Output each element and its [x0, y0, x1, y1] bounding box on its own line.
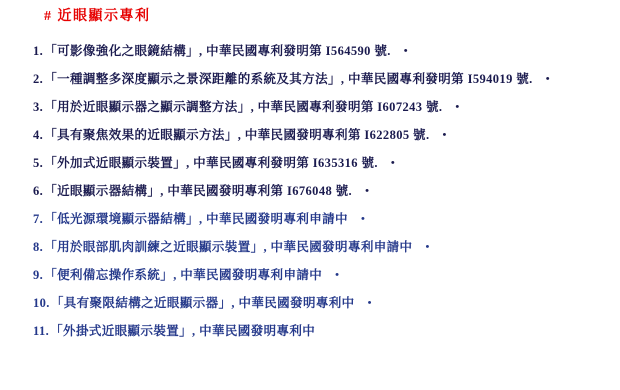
item-text: 「外加式近眼顯示裝置」, 中華民國專利發明第 I635316 號.: [44, 156, 378, 170]
item-text: 「可影像強化之眼鏡結構」, 中華民國專利發明第 I564590 號.: [44, 44, 391, 58]
document-page: # 近眼顯示專利 1.「可影像強化之眼鏡結構」, 中華民國專利發明第 I5645…: [0, 0, 620, 390]
patent-list-item: 9.「便利備忘操作系統」, 中華民國發明專利申請中•: [33, 261, 612, 289]
item-bullet: •: [365, 185, 369, 197]
item-text: 「近眼顯示器結構」, 中華民國發明專利第 I676048 號.: [44, 184, 352, 198]
item-bullet: •: [455, 101, 459, 113]
patent-list-item: 2.「一種調整多深度顯示之景深距離的系統及其方法」, 中華民國專利發明第 I59…: [33, 65, 612, 93]
patent-list-item: 11.「外掛式近眼顯示裝置」, 中華民國發明專利中: [33, 317, 612, 345]
item-number: 8.: [33, 240, 43, 254]
item-bullet: •: [425, 241, 429, 253]
patent-list-item: 7.「低光源環境顯示器結構」, 中華民國發明專利申請中•: [33, 205, 612, 233]
item-number: 9.: [33, 268, 43, 282]
item-text: 「用於眼部肌肉訓練之近眼顯示裝置」, 中華民國發明專利申請中: [44, 240, 412, 254]
patent-list-item: 6.「近眼顯示器結構」, 中華民國發明專利第 I676048 號.•: [33, 177, 612, 205]
item-text: 「外掛式近眼顯示裝置」, 中華民國發明專利中: [50, 324, 315, 338]
item-number: 4.: [33, 128, 43, 142]
item-number: 7.: [33, 212, 43, 226]
item-bullet: •: [368, 297, 372, 309]
item-bullet: •: [442, 129, 446, 141]
patent-list-item: 10.「具有聚限結構之近眼顯示器」, 中華民國發明專利中•: [33, 289, 612, 317]
item-bullet: •: [391, 157, 395, 169]
item-bullet: •: [404, 45, 408, 57]
item-text: 「用於近眼顯示器之顯示調整方法」, 中華民國專利發明第 I607243 號.: [44, 100, 442, 114]
page-title: # 近眼顯示專利: [44, 5, 151, 25]
item-number: 6.: [33, 184, 43, 198]
patent-list-item: 1.「可影像強化之眼鏡結構」, 中華民國專利發明第 I564590 號.•: [33, 37, 612, 65]
item-number: 10.: [33, 296, 50, 310]
item-number: 2.: [33, 72, 43, 86]
item-text: 「低光源環境顯示器結構」, 中華民國發明專利申請中: [44, 212, 348, 226]
item-bullet: •: [546, 73, 550, 85]
item-text: 「一種調整多深度顯示之景深距離的系統及其方法」, 中華民國專利發明第 I5940…: [44, 72, 533, 86]
item-bullet: •: [335, 269, 339, 281]
item-number: 3.: [33, 100, 43, 114]
patent-list-item: 5.「外加式近眼顯示裝置」, 中華民國專利發明第 I635316 號.•: [33, 149, 612, 177]
patent-list-item: 4.「具有聚焦效果的近眼顯示方法」, 中華民國發明專利第 I622805 號.•: [33, 121, 612, 149]
item-number: 1.: [33, 44, 43, 58]
patent-list: 1.「可影像強化之眼鏡結構」, 中華民國專利發明第 I564590 號.• 2.…: [33, 37, 612, 345]
patent-list-item: 3.「用於近眼顯示器之顯示調整方法」, 中華民國專利發明第 I607243 號.…: [33, 93, 612, 121]
item-number: 11.: [33, 324, 49, 338]
item-bullet: •: [361, 213, 365, 225]
item-text: 「具有聚焦效果的近眼顯示方法」, 中華民國發明專利第 I622805 號.: [44, 128, 429, 142]
item-number: 5.: [33, 156, 43, 170]
item-text: 「便利備忘操作系統」, 中華民國發明專利申請中: [44, 268, 322, 282]
patent-list-item: 8.「用於眼部肌肉訓練之近眼顯示裝置」, 中華民國發明專利申請中•: [33, 233, 612, 261]
item-text: 「具有聚限結構之近眼顯示器」, 中華民國發明專利中: [51, 296, 355, 310]
